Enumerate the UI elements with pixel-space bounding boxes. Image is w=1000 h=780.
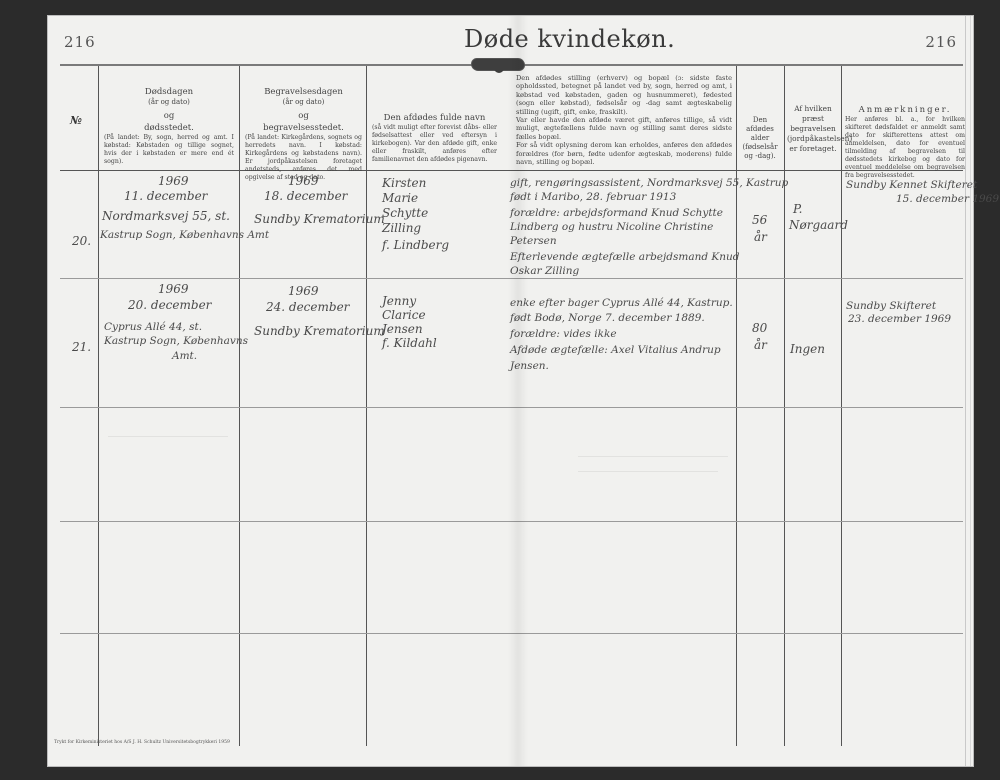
entry-position-line: Efterlevende ægtefælle arbejdsmand Knud [510,250,740,264]
entry-name-line: f. Kildahl [382,336,437,351]
name-header-note: (så vidt muligt efter forevist dåbs- ell… [372,124,497,164]
entry-death-parish: Kastrup Sogn, Københavns [104,334,248,348]
entry-position-line: forældre: vides ikke [510,327,617,341]
burial-header-og: og [245,110,362,122]
entry-position-line: Jensen. [510,359,549,373]
entry-position-line: Afdøde ægtefælle: Axel Vitalius Andrup [510,343,721,357]
entry-death-parish: Kastrup Sogn, Københavns Amt [100,228,269,242]
number-column-header: № [70,114,82,127]
entry-age: 80 [752,321,767,336]
burial-column-header: Begravelsesdagen (år og dato) og begrave… [245,86,362,182]
entry-position-line: enke efter bager Cyprus Allé 44, Kastrup… [510,296,733,310]
entry-burial-date: 24. december [266,300,349,315]
entry-name-line: Zilling [382,221,421,236]
name-header-title: Den afdødes fulde navn [372,112,497,124]
binding-thread [472,59,524,70]
entry-death-place: Nordmarksvej 55, st. [102,209,230,224]
entry-burial-year: 1969 [288,284,319,299]
remarks-header-note: Her anføres bl. a., for hvilken skiftere… [845,116,965,180]
entry-position-line: født i Maribo, 28. februar 1913 [510,190,676,204]
row-divider [60,633,963,634]
entry-name-line: Marie [382,191,418,206]
entry-position-line: Lindberg og hustru Nicoline Christine [510,220,713,234]
column-divider [736,66,737,746]
entry-burial-place: Sundby Krematorium [254,212,385,227]
column-divider [366,66,367,746]
death-header-title2: dødsstedet. [104,122,234,134]
name-column-header: Den afdødes fulde navn (så vidt muligt e… [372,112,497,164]
entry-priest: P. [793,202,802,217]
death-header-sub: (år og dato) [104,98,234,106]
entry-remarks: 23. december 1969 [848,312,951,326]
entry-name-line: Clarice [382,308,426,323]
priest-header-label: Af hvilken præst begravelsen (jordpåkast… [787,104,839,154]
entry-position-line: Oskar Zilling [510,264,579,278]
entry-death-date: 11. december [124,189,207,204]
entry-name-line: Jenny [382,294,416,309]
entry-position-line: forældre: arbejdsformand Knud Schytte [510,206,723,220]
header-bottom-rule [60,170,963,171]
entry-position-line: gift, rengøringsassistent, Nordmarksvej … [510,176,788,190]
column-divider [239,66,240,746]
register-page: 216 Døde kvindekøn. 216 № Dødsdagen (år … [48,16,973,766]
row-divider [60,521,963,522]
entry-death-county: Amt. [172,349,197,363]
age-header-label: Den afdødes alder (fødselsår og -dag). [738,116,782,161]
bleed-through-mark [578,456,728,457]
entry-name-line: f. Lindberg [382,238,449,253]
entry-name-line: Jensen [382,322,423,337]
entry-number: 20. [72,234,91,249]
entry-number: 21. [72,340,91,355]
entry-death-year: 1969 [158,282,189,297]
remarks-header-title: Anmærkninger. [845,104,965,116]
bleed-through-mark [578,471,718,472]
entry-position-line: Petersen [510,234,557,248]
page-edge [965,16,971,766]
entry-remarks: 15. december 1969. [896,192,1000,206]
entry-burial-date: 18. december [264,189,347,204]
entry-age: 56 [752,213,767,228]
remarks-column-header: Anmærkninger. Her anføres bl. a., for hv… [845,104,965,180]
entry-remarks: Sundby Skifteret [846,299,936,313]
entry-age-unit: år [754,230,767,245]
column-divider [841,66,842,746]
entry-name-line: Schytte [382,206,428,221]
position-header-note1: Den afdødes stilling (erhverv) og bopæl … [516,74,732,116]
death-header-title: Dødsdagen [104,86,234,98]
entry-death-place: Cyprus Allé 44, st. [104,320,202,334]
bleed-through-mark [108,436,228,437]
page-number-right: 216 [925,33,957,51]
column-divider [784,66,785,746]
entry-position-line: født Bodø, Norge 7. december 1889. [510,311,705,325]
entry-burial-year: 1969 [288,174,319,189]
burial-header-title: Begravelsesdagen [245,86,362,98]
row-divider [60,407,963,408]
priest-column-header: Af hvilken præst begravelsen (jordpåkast… [787,104,839,154]
page-title: Døde kvindekøn. [464,25,675,53]
entry-death-year: 1969 [158,174,189,189]
death-header-og: og [104,110,234,122]
entry-priest: Nørgaard [789,218,848,233]
entry-death-date: 20. december [128,298,211,313]
age-column-header: Den afdødes alder (fødselsår og -dag). [738,116,782,161]
death-column-header: Dødsdagen (år og dato) og dødsstedet. (P… [104,86,234,166]
page-number-left: 216 [64,33,96,51]
row-divider [60,278,963,279]
entry-remarks: Sundby Kennet Skifteret [846,178,977,192]
position-header-note3: For så vidt oplysning derom kan erholdes… [516,141,732,166]
entry-name-line: Kirsten [382,176,426,191]
position-column-header: Den afdødes stilling (erhverv) og bopæl … [516,74,732,166]
entry-age-unit: år [754,338,767,353]
burial-header-sub: (år og dato) [245,98,362,106]
entry-burial-place: Sundby Krematorium [254,324,385,339]
death-header-note: (På landet: By, sogn, herred og amt. I k… [104,134,234,166]
column-divider [98,66,99,746]
entry-priest: Ingen [790,342,825,357]
position-header-note2: Var eller havde den afdøde været gift, a… [516,116,732,141]
printer-imprint: Trykt for Kirkeministeriet hos A/S J. H.… [54,740,230,745]
burial-header-title2: begravelsesstedet. [245,122,362,134]
